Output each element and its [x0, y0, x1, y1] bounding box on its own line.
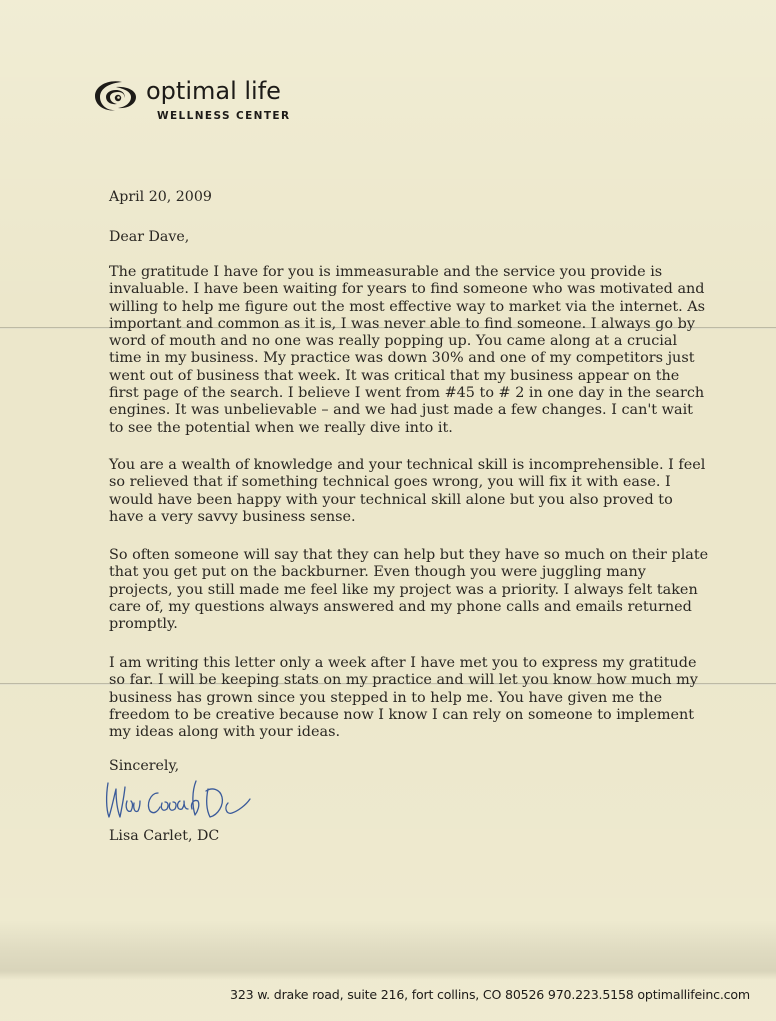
footer-address: 323 w. drake road, suite 216, fort colli… — [230, 987, 750, 1002]
handwritten-signature-icon — [100, 775, 270, 825]
paragraph-line: so far. I will be keeping stats on my pr… — [109, 672, 709, 689]
swirl-logo-icon — [92, 79, 140, 113]
paragraph-line: I am writing this letter only a week aft… — [109, 655, 709, 672]
paragraph-line: promptly. — [109, 616, 709, 633]
paragraph-line: freedom to be creative because now I kno… — [109, 707, 709, 724]
letter-paragraph: So often someone will say that they can … — [109, 547, 709, 633]
letter-greeting: Dear Dave, — [109, 229, 189, 246]
letter-paragraph: I am writing this letter only a week aft… — [109, 655, 709, 741]
paragraph-line: willing to help me figure out the most e… — [109, 299, 709, 316]
brand-subtitle: WELLNESS CENTER — [157, 110, 291, 122]
signer-name: Lisa Carlet, DC — [109, 828, 219, 845]
paragraph-line: went out of business that week. It was c… — [109, 368, 709, 385]
paragraph-line: that you get put on the backburner. Even… — [109, 564, 709, 581]
letter-date: April 20, 2009 — [109, 189, 212, 206]
paper-shadow-band — [0, 920, 776, 980]
paragraph-line: engines. It was unbelievable – and we ha… — [109, 402, 709, 419]
paragraph-line: my ideas along with your ideas. — [109, 724, 709, 741]
paragraph-line: would have been happy with your technica… — [109, 492, 709, 509]
letter-paragraph: You are a wealth of knowledge and your t… — [109, 457, 709, 526]
paragraph-line: important and common as it is, I was nev… — [109, 316, 709, 333]
letter-closing: Sincerely, — [109, 758, 179, 775]
paragraph-line: care of, my questions always answered an… — [109, 599, 709, 616]
paragraph-line: so relieved that if something technical … — [109, 474, 709, 491]
letter-paragraph: The gratitude I have for you is immeasur… — [109, 264, 709, 437]
paragraph-line: word of mouth and no one was really popp… — [109, 333, 709, 350]
paragraph-line: time in my business. My practice was dow… — [109, 350, 709, 367]
paragraph-line: business has grown since you stepped in … — [109, 690, 709, 707]
paragraph-line: So often someone will say that they can … — [109, 547, 709, 564]
paragraph-line: first page of the search. I believe I we… — [109, 385, 709, 402]
brand-name: optimal life — [146, 77, 281, 105]
paragraph-line: You are a wealth of knowledge and your t… — [109, 457, 709, 474]
paragraph-line: have a very savvy business sense. — [109, 509, 709, 526]
paragraph-line: invaluable. I have been waiting for year… — [109, 281, 709, 298]
paragraph-line: to see the potential when we really dive… — [109, 420, 709, 437]
paragraph-line: projects, you still made me feel like my… — [109, 582, 709, 599]
paragraph-line: The gratitude I have for you is immeasur… — [109, 264, 709, 281]
